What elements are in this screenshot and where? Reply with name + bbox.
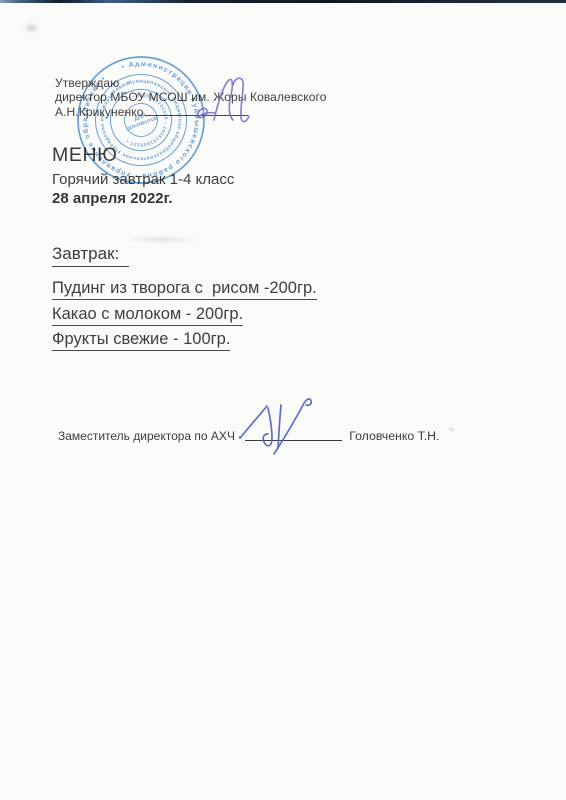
scan-smudge: [126, 236, 198, 243]
deputy-handwritten-signature: [233, 390, 323, 460]
deputy-label: Заместитель директора по АХЧ -: [58, 429, 242, 443]
breakfast-section: Завтрак: Пудинг из творога с рисом -200г…: [52, 244, 317, 356]
scan-smudge: [23, 23, 40, 33]
menu-item: Фрукты свежие - 100гр.: [52, 330, 317, 351]
director-handwritten-signature: [188, 68, 263, 128]
scanned-menu-document: Утверждаю директор МБОУ МСОШ им. Жоры Ко…: [0, 0, 566, 800]
scan-edge-artifact: [0, 0, 566, 3]
menu-list: Пудинг из творога с рисом -200гр. Какао …: [52, 279, 317, 351]
menu-item: Какао с молоком - 200гр.: [52, 305, 317, 326]
section-heading: Завтрак:: [52, 244, 317, 267]
deputy-name: Головченко Т.Н.: [349, 429, 439, 443]
scan-smudge: [448, 427, 455, 432]
menu-item: Пудинг из творога с рисом -200гр.: [52, 279, 317, 300]
